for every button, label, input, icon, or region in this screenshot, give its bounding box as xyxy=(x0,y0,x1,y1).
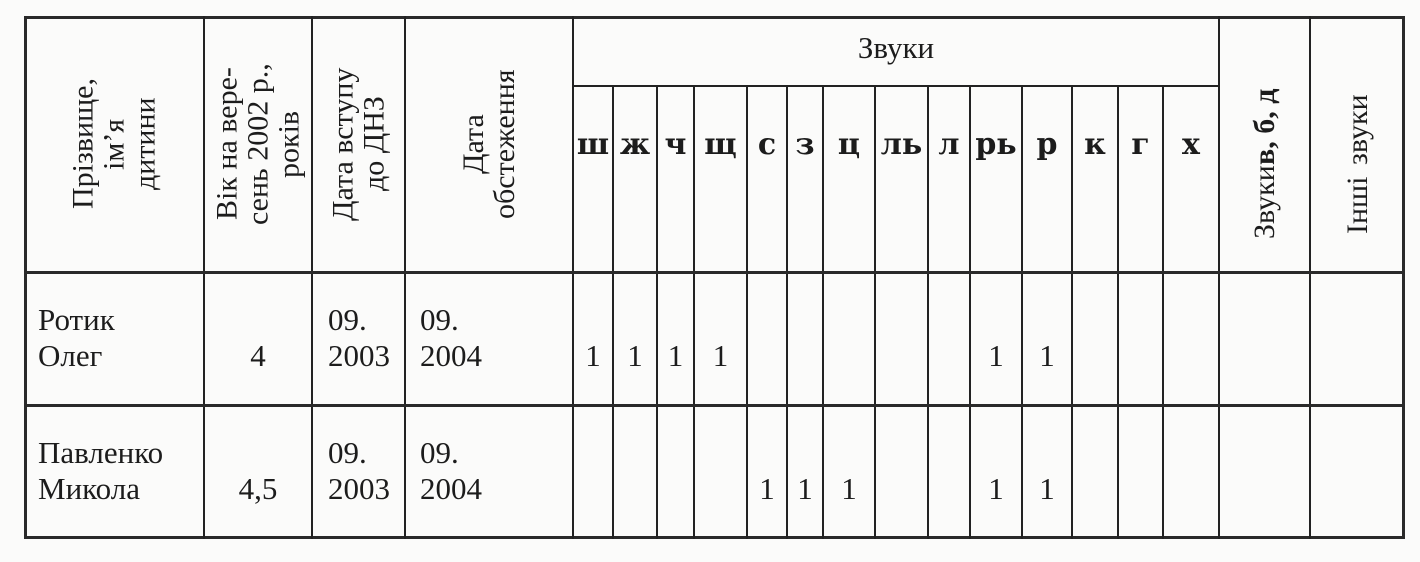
header-sound-11: к xyxy=(1072,127,1118,162)
header-sound-1: ж xyxy=(613,127,657,162)
sound-mark: 1 xyxy=(1022,338,1072,405)
child-age: 4 xyxy=(204,338,312,405)
header-sound-9: рь xyxy=(970,127,1022,162)
header-exam-date: Дата обстеження xyxy=(405,26,573,262)
sound-mark: 1 xyxy=(1022,471,1072,539)
enroll-date: 09.2003 xyxy=(328,302,405,405)
sound-mark: 1 xyxy=(657,338,694,405)
header-age: Вік на вере- сень 2002 р., років xyxy=(204,26,312,262)
header-sound-10: р xyxy=(1022,127,1072,162)
sound-mark: 1 xyxy=(823,471,875,539)
header-other-sounds: Іншізвуки xyxy=(1310,76,1405,252)
sound-mark: 1 xyxy=(694,338,747,405)
enroll-date: 09.2003 xyxy=(328,435,405,539)
sound-mark: 1 xyxy=(970,471,1022,539)
exam-date: 09.2004 xyxy=(420,435,573,539)
header-sound-6: ц xyxy=(823,127,875,162)
exam-date: 09.2004 xyxy=(420,302,573,405)
speech-sounds-table: Прізвище, ім’я дитиниВік на вере- сень 2… xyxy=(24,16,1405,539)
header-sound-4: с xyxy=(747,127,787,162)
header-sounds-group: Звуки xyxy=(573,30,1219,86)
header-sounds-vbd: Звукив, б, д xyxy=(1219,76,1310,252)
sound-mark: 1 xyxy=(613,338,657,405)
header-sound-12: г xyxy=(1118,127,1163,162)
row-divider xyxy=(24,271,1405,274)
sound-mark: 1 xyxy=(787,471,823,539)
header-enroll-date: Дата вступу до ДНЗ xyxy=(312,26,405,262)
header-sound-8: л xyxy=(928,127,970,162)
header-sound-0: ш xyxy=(573,127,613,162)
sound-mark: 1 xyxy=(573,338,613,405)
header-sound-7: ль xyxy=(875,127,928,162)
header-sound-5: з xyxy=(787,127,823,162)
header-sound-2: ч xyxy=(657,127,694,162)
child-name: ПавленкоМикола xyxy=(38,435,204,539)
sound-mark: 1 xyxy=(970,338,1022,405)
sound-mark: 1 xyxy=(747,471,787,539)
header-sound-3: щ xyxy=(694,127,747,162)
header-sound-13: х xyxy=(1163,127,1219,162)
child-age: 4,5 xyxy=(204,471,312,539)
header-name: Прізвище, ім’я дитини xyxy=(24,26,204,262)
child-name: РотикОлег xyxy=(38,302,204,405)
